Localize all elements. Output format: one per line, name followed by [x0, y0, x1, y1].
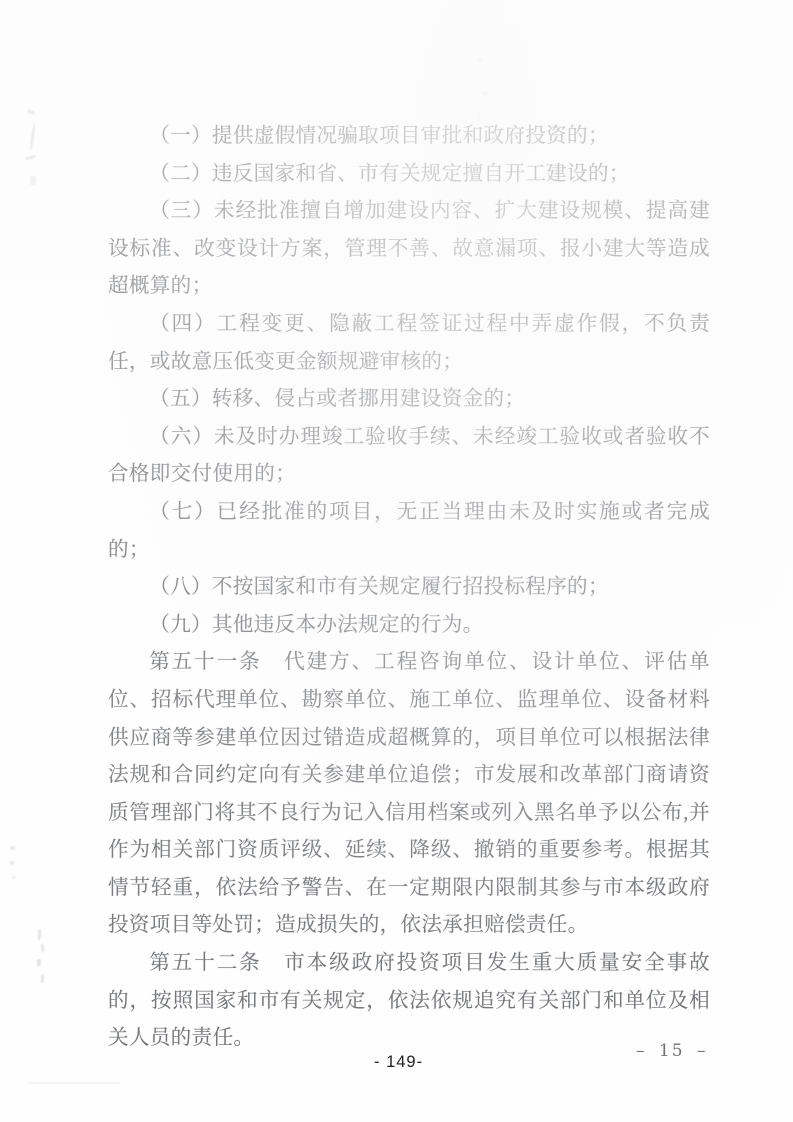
scan-noise-mark	[37, 929, 41, 940]
scan-noise-mark	[10, 846, 15, 850]
scan-noise-mark	[30, 176, 36, 185]
paragraph: （九）其他违反本办法规定的行为。	[108, 607, 710, 645]
scan-noise-mark	[482, 91, 488, 96]
document-body: （一）提供虚假情况骗取项目审批和政府投资的；（二）违反国家和省、市有关规定擅自开…	[108, 118, 710, 1058]
paragraph: （七）已经批准的项目，无正当理由未及时实施或者完成的；	[108, 494, 710, 569]
paragraph: （三）未经批准擅自增加建设内容、扩大建设规模、提高建设标准、改变设计方案，管理不…	[108, 193, 710, 306]
footer-page-number: – 15 –	[636, 1041, 707, 1061]
scan-noise-mark	[29, 123, 36, 151]
paragraph: （二）违反国家和省、市有关规定擅自开工建设的；	[108, 156, 710, 194]
scan-noise-mark	[10, 861, 14, 865]
scan-noise-mark	[28, 1082, 120, 1084]
paragraph: （四）工程变更、隐蔽工程签证过程中弄虚作假，不负责任，或故意压低变更金额规避审核…	[108, 306, 710, 381]
scan-noise-mark	[37, 959, 41, 966]
scanned-document-page: （一）提供虚假情况骗取项目审批和政府投资的；（二）违反国家和省、市有关规定擅自开…	[0, 0, 793, 1122]
paragraph: 第五十一条 代建方、工程咨询单位、设计单位、评估单位、招标代理单位、勘察单位、施…	[108, 644, 710, 945]
scan-noise-mark	[25, 154, 36, 160]
paragraph: 第五十二条 市本级政府投资项目发生重大质量安全事故的，按照国家和市有关规定，依法…	[108, 945, 710, 1058]
scan-noise-mark	[12, 876, 15, 879]
paragraph: （五）转移、侵占或者挪用建设资金的；	[108, 381, 710, 419]
paragraph: （一）提供虚假情况骗取项目审批和政府投资的；	[108, 118, 710, 156]
footer-sheet-number: - 149-	[374, 1053, 423, 1072]
scan-noise-mark	[40, 944, 44, 952]
scan-noise-mark	[478, 58, 483, 62]
scan-noise-mark	[27, 109, 36, 115]
paragraph: （六）未及时办理竣工验收手续、未经竣工验收或者验收不合格即交付使用的；	[108, 419, 710, 494]
paragraph: （八）不按国家和市有关规定履行招投标程序的；	[108, 569, 710, 607]
scan-noise-mark	[41, 974, 45, 983]
